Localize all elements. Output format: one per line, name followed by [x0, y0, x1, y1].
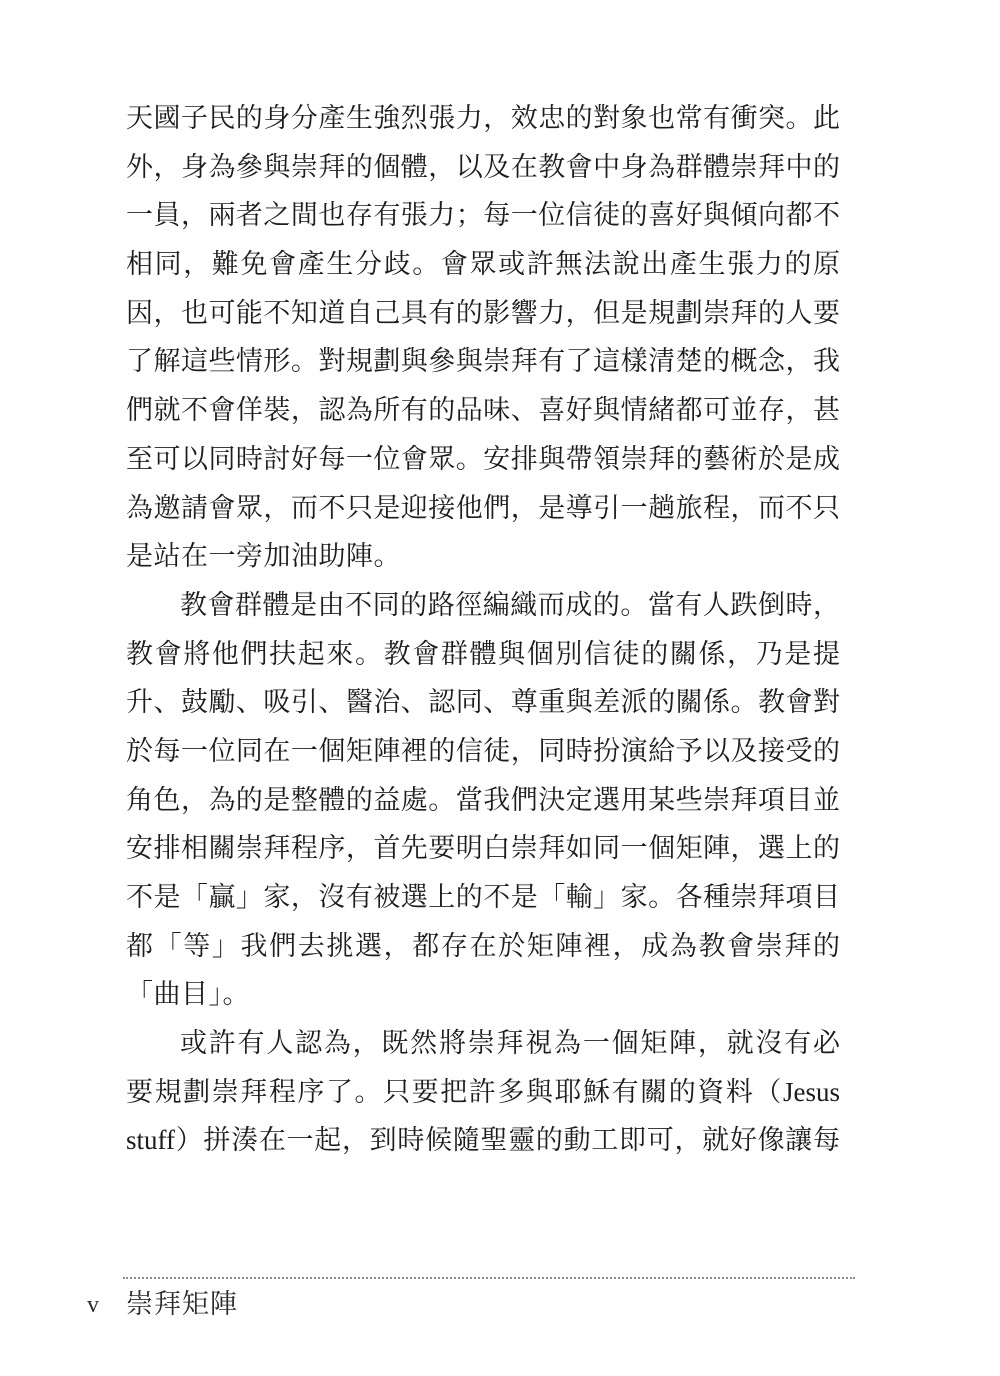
body-line-paragraph-start: 或許有人認為，既然將崇拜視為一個矩陣，就沒有必: [126, 1019, 840, 1068]
body-line: 都「等」我們去挑選，都存在於矩陣裡，成為教會崇拜的: [126, 922, 840, 971]
body-line: 教會將他們扶起來。教會群體與個別信徒的關係，乃是提: [126, 630, 840, 679]
body-line: 因，也可能不知道自己具有的影響力，但是規劃崇拜的人要: [126, 289, 840, 338]
body-line: 相同，難免會產生分歧。會眾或許無法說出產生張力的原: [126, 240, 840, 289]
body-line: 角色，為的是整體的益處。當我們決定選用某些崇拜項目並: [126, 776, 840, 825]
body-line-paragraph-start: 教會群體是由不同的路徑編織而成的。當有人跌倒時，: [126, 581, 840, 630]
body-line-paragraph-end: 「曲目」。: [126, 970, 840, 1019]
book-title: 崇拜矩陣: [126, 1288, 238, 1320]
body-line: 於每一位同在一個矩陣裡的信徒，同時扮演給予以及接受的: [126, 727, 840, 776]
body-line: 至可以同時討好每一位會眾。安排與帶領崇拜的藝術於是成: [126, 435, 840, 484]
body-line: 不是「贏」家，沒有被選上的不是「輸」家。各種崇拜項目: [126, 873, 840, 922]
book-page: 天國子民的身分產生強烈張力，效忠的對象也常有衝突。此 外，身為參與崇拜的個體，以…: [0, 0, 1000, 1376]
body-line: 安排相關崇拜程序，首先要明白崇拜如同一個矩陣，選上的: [126, 824, 840, 873]
body-line-paragraph-end: 是站在一旁加油助陣。: [126, 532, 840, 581]
body-text: 天國子民的身分產生強烈張力，效忠的對象也常有衝突。此 外，身為參與崇拜的個體，以…: [126, 94, 840, 1165]
body-line: 升、鼓勵、吸引、醫治、認同、尊重與差派的關係。教會對: [126, 678, 840, 727]
body-line: 為邀請會眾，而不只是迎接他們，是導引一趟旅程，而不只: [126, 484, 840, 533]
page-number: v: [87, 1290, 99, 1320]
body-line: stuff）拼湊在一起，到時候隨聖靈的動工即可，就好像讓每: [126, 1116, 840, 1165]
body-line: 一員，兩者之間也存有張力；每一位信徒的喜好與傾向都不: [126, 191, 840, 240]
body-line: 外，身為參與崇拜的個體，以及在教會中身為群體崇拜中的: [126, 143, 840, 192]
body-line: 們就不會佯裝，認為所有的品味、喜好與情緒都可並存，甚: [126, 386, 840, 435]
footer-dotted-rule: [123, 1277, 855, 1279]
body-line: 要規劃崇拜程序了。只要把許多與耶穌有關的資料（Jesus: [126, 1068, 840, 1117]
body-line: 了解這些情形。對規劃與參與崇拜有了這樣清楚的概念，我: [126, 337, 840, 386]
body-line: 天國子民的身分產生強烈張力，效忠的對象也常有衝突。此: [126, 94, 840, 143]
